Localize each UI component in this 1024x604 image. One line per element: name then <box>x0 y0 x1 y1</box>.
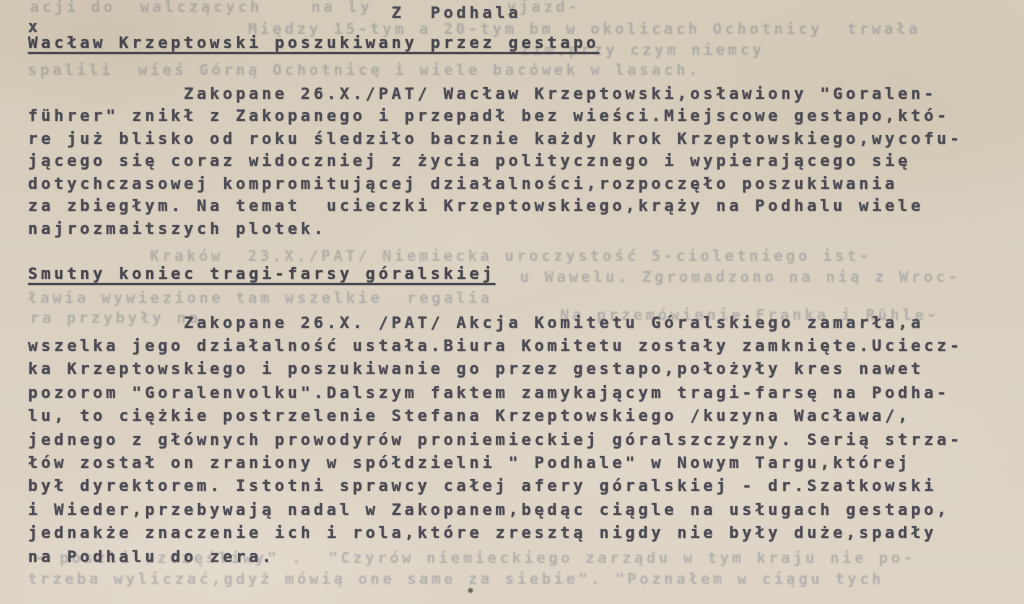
document-page: acji do walczących na ly yjazd-Między 15… <box>0 0 1024 604</box>
text-line: jednego z głównych prowodyrów proniemiec… <box>28 428 1024 451</box>
typed-text-layer: Z PodhalaxWacław Krzeptowski poszukiwany… <box>28 2 1024 568</box>
text-line: re już blisko od roku śledziło bacznie k… <box>28 128 1024 151</box>
text-line: pozorom "Goralenvolku".Dalszym faktem za… <box>28 381 1024 404</box>
text-line: Zakopane 26.X. /PAT/ Akcja Komitetu Góra… <box>28 311 1024 334</box>
ink-dot-artifact <box>468 588 473 593</box>
text-line: dotychczasowej kompromitującej działalno… <box>28 173 1024 196</box>
text-line: wszelka jego działalność ustała.Biura Ko… <box>28 334 1024 357</box>
text-line: Zakopane 26.X./PAT/ Wacław Krzeptowski,o… <box>28 83 1024 106</box>
headline: Wacław Krzeptowski poszukiwany przez ges… <box>28 32 1024 55</box>
text-line: jącego się coraz widoczniej z życia poli… <box>28 150 1024 173</box>
text-line: za zbiegłym. Na temat ucieczki Krzeptows… <box>28 195 1024 218</box>
text-line: na Podhalu do zera. <box>28 545 1024 568</box>
text-line: najrozmaitszych plotek. <box>28 218 1024 241</box>
text-line: lu, to ciężkie postrzelenie Stefana Krze… <box>28 404 1024 427</box>
text-line: führer" znikł z Zakopanego i przepadł be… <box>28 105 1024 128</box>
text-line: był dyrektorem. Istotni sprawcy całej af… <box>28 474 1024 497</box>
text-line: ka Krzeptowskiego i poszukiwanie go prze… <box>28 357 1024 380</box>
text-line: i Wieder,przebywają nadal w Zakopanem,bę… <box>28 498 1024 521</box>
bleedthrough-line: trzeba wyliczać,gdyż mówią one same za s… <box>28 570 884 588</box>
text-line: łów został on zraniony w spółdzielni " P… <box>28 451 1024 474</box>
text-line: jednakże znaczenie ich i rola,które zres… <box>28 521 1024 544</box>
headline: Smutny koniec tragi-farsy góralskiej <box>28 263 1024 286</box>
